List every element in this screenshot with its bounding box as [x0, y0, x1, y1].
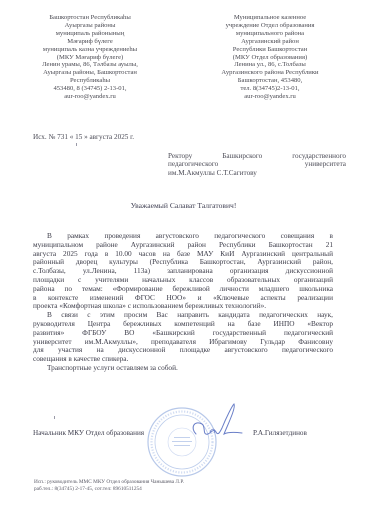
recipient-line: педагогического университета	[168, 160, 346, 168]
header-right-line: (МКУ Отдел образования)	[190, 54, 350, 62]
header-left-line: муниципаль казна учреждениеһы	[10, 46, 170, 54]
header-left-line: Башкортостан Республикаһы	[10, 14, 170, 22]
paragraph-2: В связи с этим просим Вас направить канд…	[33, 311, 333, 364]
scan-mark	[54, 416, 55, 419]
header-left-line: Ауыргазы районы, Башкортостан	[10, 69, 170, 77]
body-line: Транспортные услуги оставляем за собой.	[33, 364, 333, 373]
executor-info: Исп.: руководитель ММС МКУ Отдел образов…	[34, 479, 184, 493]
header-right-line: Башкортостан, 453480,	[190, 77, 350, 85]
header-left-line: Мәғариф бүлеге	[10, 38, 170, 46]
header-left-line: Республикаһы	[10, 77, 170, 85]
header-right-line: тел. 8(34745)2-13-01,	[190, 85, 350, 93]
header-right-line: Муниципальное казенное	[190, 14, 350, 22]
header-right-russian: Муниципальное казенное учреждение Отдел …	[190, 14, 350, 101]
header-left-email: aur-roo@yandex.ru	[10, 93, 170, 101]
recipient-line: им.М.Акмуллы С.Т.Сагитову	[168, 169, 346, 177]
header-left-line: Ленин урамы, 86, Тәлбазы ауылы,	[10, 61, 170, 69]
executor-line: Исп.: руководитель ММС МКУ Отдел образов…	[34, 479, 184, 486]
header-right-email: aur-roo@yandex.ru	[190, 93, 350, 101]
header-right-line: Аургазинского района Республики	[190, 69, 350, 77]
header-left-line: Ауыргазы районы	[10, 22, 170, 30]
header-left-line: муниципаль районының	[10, 30, 170, 38]
header-right-line: учреждение Отдел образования	[190, 22, 350, 30]
recipient-line: Ректору Башкирского государственного	[168, 152, 346, 160]
paragraph-1: В рамках проведения августовского педаго…	[33, 232, 333, 311]
executor-phone: раб.тел.: 8(34745) 2-17-45, сот.тел: 896…	[34, 486, 184, 493]
header-right-line: Республики Башкортостан	[190, 46, 350, 54]
header-right-line: муниципального района	[190, 30, 350, 38]
header-left-line: 453480, 8 (34745) 2-13-01,	[10, 85, 170, 93]
header-left-bashkir: Башкортостан Республикаһы Ауыргазы район…	[10, 14, 170, 101]
greeting: Уважаемый Салават Талгатович!	[0, 201, 367, 210]
scan-mark	[76, 143, 77, 146]
header-right-line: Аургазинский район	[190, 38, 350, 46]
signatory-name: Р.А.Гилязетдинов	[253, 429, 307, 437]
signature-row: Начальник МКУ Отдел образования Р.А.Гиля…	[33, 429, 343, 441]
letter-body: В рамках проведения августовского педаго…	[33, 232, 333, 373]
outgoing-number: Исх. № 731 « 15 » августа 2025 г.	[33, 133, 134, 141]
header-left-line: (МКУ Мәғариф бүлеге)	[10, 54, 170, 62]
recipient-block: Ректору Башкирского государственного пед…	[168, 152, 346, 177]
signatory-title: Начальник МКУ Отдел образования	[33, 429, 144, 437]
paragraph-3: Транспортные услуги оставляем за собой.	[33, 364, 333, 373]
header-right-line: Ленина ул., 86, с.Толбазы	[190, 61, 350, 69]
